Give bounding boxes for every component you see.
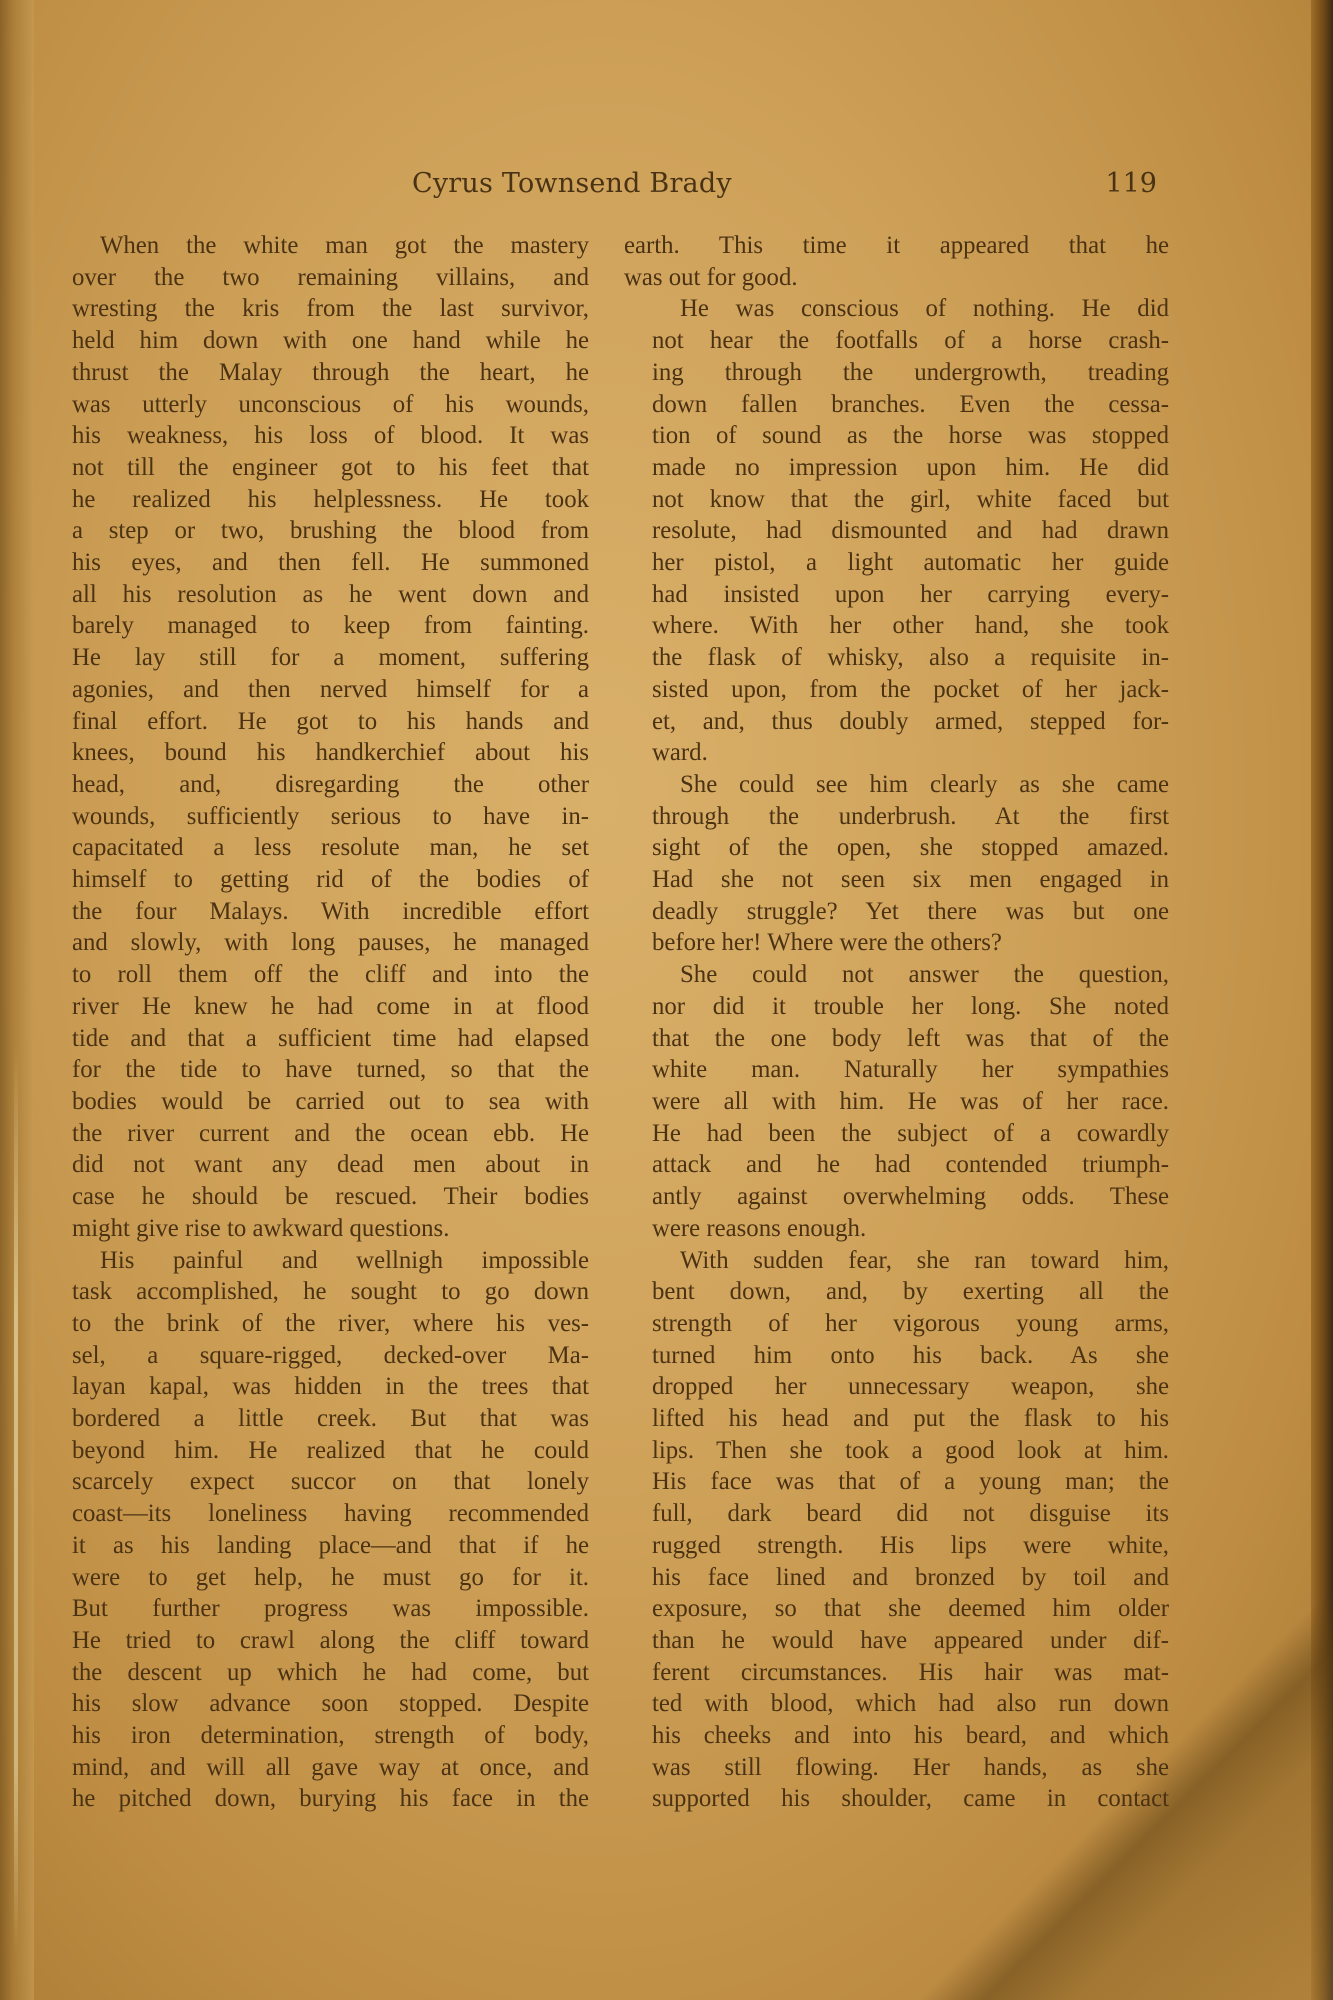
text-line: bordered a little creek. But that was <box>44 1403 589 1435</box>
text-line: white man. Naturally her sympathies <box>624 1054 1169 1086</box>
text-line: With sudden fear, she ran toward him, <box>624 1245 1169 1277</box>
text-line: She could not answer the question, <box>624 959 1169 991</box>
text-line: knees, bound his handkerchief about his <box>44 737 589 769</box>
text-line: dropped her unnecessary weapon, she <box>624 1371 1169 1403</box>
text-line: tion of sound as the horse was stopped <box>624 420 1169 452</box>
text-line: to roll them off the cliff and into the <box>44 959 589 991</box>
text-line: were to get help, he must go for it. <box>44 1562 589 1594</box>
text-line: sisted upon, from the pocket of her jack… <box>624 674 1169 706</box>
text-line: and slowly, with long pauses, he managed <box>44 927 589 959</box>
text-line: that the one body left was that of the <box>624 1023 1169 1055</box>
text-line: through the underbrush. At the first <box>624 801 1169 833</box>
text-line: head, and, disregarding the other <box>44 769 589 801</box>
paragraph: He was conscious of nothing. He didnot h… <box>624 293 1169 769</box>
text-line: a step or two, brushing the blood from <box>44 515 589 547</box>
text-line: over the two remaining villains, and <box>44 262 589 294</box>
running-header: Cyrus Townsend Brady 119 <box>412 168 1157 208</box>
text-line: But further progress was impossible. <box>44 1593 589 1625</box>
text-line: did not want any dead men about in <box>44 1149 589 1181</box>
text-line: tide and that a sufficient time had elap… <box>44 1023 589 1055</box>
text-line: deadly struggle? Yet there was but one <box>624 896 1169 928</box>
text-line: his slow advance soon stopped. Despite <box>44 1688 589 1720</box>
text-line: his face lined and bronzed by toil and <box>624 1562 1169 1594</box>
text-line: He tried to crawl along the cliff toward <box>44 1625 589 1657</box>
paragraph: With sudden fear, she ran toward him,ben… <box>624 1245 1169 1816</box>
paragraph: She could not answer the question,nor di… <box>624 959 1169 1244</box>
text-line: nor did it trouble her long. She noted <box>624 991 1169 1023</box>
text-line: were all with him. He was of her race. <box>624 1086 1169 1118</box>
text-line: bodies would be carried out to sea with <box>44 1086 589 1118</box>
text-line: et, and, thus doubly armed, stepped for- <box>624 706 1169 738</box>
text-line: earth. This time it appeared that he <box>624 230 1169 262</box>
text-line: river He knew he had come in at flood <box>44 991 589 1023</box>
text-line: case he should be rescued. Their bodies <box>44 1181 589 1213</box>
text-line: the descent up which he had come, but <box>44 1657 589 1689</box>
text-line: She could see him clearly as she came <box>624 769 1169 801</box>
text-line: final effort. He got to his hands and <box>44 706 589 738</box>
text-line: he pitched down, burying his face in the <box>44 1783 589 1815</box>
text-line: wounds, sufficiently serious to have in- <box>44 801 589 833</box>
text-line: not hear the footfalls of a horse crash- <box>624 325 1169 357</box>
text-line: wresting the kris from the last survivor… <box>44 293 589 325</box>
text-line: her pistol, a light automatic her guide <box>624 547 1169 579</box>
text-line: the four Malays. With incredible effort <box>44 896 589 928</box>
text-line: ted with blood, which had also run down <box>624 1688 1169 1720</box>
text-line: layan kapal, was hidden in the trees tha… <box>44 1371 589 1403</box>
text-line: not till the engineer got to his feet th… <box>44 452 589 484</box>
text-line: held him down with one hand while he <box>44 325 589 357</box>
text-line: barely managed to keep from fainting. <box>44 610 589 642</box>
text-line: to the brink of the river, where his ves… <box>44 1308 589 1340</box>
text-line: than he would have appeared under dif- <box>624 1625 1169 1657</box>
text-line: down fallen branches. Even the cessa- <box>624 389 1169 421</box>
text-line: made no impression upon him. He did <box>624 452 1169 484</box>
text-line: Had she not seen six men engaged in <box>624 864 1169 896</box>
text-line: sel, a square-rigged, decked-over Ma- <box>44 1340 589 1372</box>
text-line: before her! Where were the others? <box>624 927 1169 959</box>
text-line: might give rise to awkward questions. <box>44 1213 589 1245</box>
paragraph: earth. This time it appeared that hewas … <box>624 230 1169 293</box>
text-line: task accomplished, he sought to go down <box>44 1276 589 1308</box>
text-line: his weakness, his loss of blood. It was <box>44 420 589 452</box>
text-line: strength of her vigorous young arms, <box>624 1308 1169 1340</box>
text-line: scarcely expect succor on that lonely <box>44 1466 589 1498</box>
text-column-left: When the white man got the masteryover t… <box>44 230 589 1815</box>
text-line: full, dark beard did not disguise its <box>624 1498 1169 1530</box>
text-line: mind, and will all gave way at once, and <box>44 1752 589 1784</box>
text-line: was still flowing. Her hands, as she <box>624 1752 1169 1784</box>
text-line: beyond him. He realized that he could <box>44 1435 589 1467</box>
text-line: agonies, and then nerved himself for a <box>44 674 589 706</box>
text-line: not know that the girl, white faced but <box>624 484 1169 516</box>
text-line: lifted his head and put the flask to his <box>624 1403 1169 1435</box>
text-line: capacitated a less resolute man, he set <box>44 832 589 864</box>
text-line: the river current and the ocean ebb. He <box>44 1118 589 1150</box>
text-line: sight of the open, she stopped amazed. <box>624 832 1169 864</box>
text-line: was utterly unconscious of his wounds, <box>44 389 589 421</box>
text-line: was out for good. <box>624 262 1169 294</box>
text-line: resolute, had dismounted and had drawn <box>624 515 1169 547</box>
paragraph: His painful and wellnigh impossibletask … <box>44 1245 589 1816</box>
text-line: He had been the subject of a cowardly <box>624 1118 1169 1150</box>
text-line: His painful and wellnigh impossible <box>44 1245 589 1277</box>
text-line: attack and he had contended triumph- <box>624 1149 1169 1181</box>
text-line: for the tide to have turned, so that the <box>44 1054 589 1086</box>
text-line: supported his shoulder, came in contact <box>624 1783 1169 1815</box>
text-line: bent down, and, by exerting all the <box>624 1276 1169 1308</box>
text-line: antly against overwhelming odds. These <box>624 1181 1169 1213</box>
text-line: where. With her other hand, she took <box>624 610 1169 642</box>
text-line: were reasons enough. <box>624 1213 1169 1245</box>
text-line: lips. Then she took a good look at him. <box>624 1435 1169 1467</box>
text-line: all his resolution as he went down and <box>44 579 589 611</box>
text-line: he realized his helplessness. He took <box>44 484 589 516</box>
text-column-right: earth. This time it appeared that hewas … <box>624 230 1169 1815</box>
text-line: ward. <box>624 737 1169 769</box>
text-line: When the white man got the mastery <box>44 230 589 262</box>
paragraph: When the white man got the masteryover t… <box>44 230 589 1245</box>
text-line: it as his landing place—and that if he <box>44 1530 589 1562</box>
text-line: himself to getting rid of the bodies of <box>44 864 589 896</box>
text-line: had insisted upon her carrying every- <box>624 579 1169 611</box>
text-line: coast—its loneliness having recommended <box>44 1498 589 1530</box>
text-line: His face was that of a young man; the <box>624 1466 1169 1498</box>
text-line: exposure, so that she deemed him older <box>624 1593 1169 1625</box>
text-line: the flask of whisky, also a requisite in… <box>624 642 1169 674</box>
paragraph: She could see him clearly as she camethr… <box>624 769 1169 959</box>
text-line: ferent circumstances. His hair was mat- <box>624 1657 1169 1689</box>
book-page: Cyrus Townsend Brady 119 When the white … <box>0 0 1333 2000</box>
text-line: He was conscious of nothing. He did <box>624 293 1169 325</box>
text-line: ing through the undergrowth, treading <box>624 357 1169 389</box>
text-line: thrust the Malay through the heart, he <box>44 357 589 389</box>
page-crease <box>14 1050 18 1950</box>
text-line: his iron determination, strength of body… <box>44 1720 589 1752</box>
running-title: Cyrus Townsend Brady <box>412 168 732 199</box>
text-line: turned him onto his back. As she <box>624 1340 1169 1372</box>
text-line: He lay still for a moment, suffering <box>44 642 589 674</box>
text-line: his eyes, and then fell. He summoned <box>44 547 589 579</box>
page-number: 119 <box>1105 168 1157 199</box>
text-line: his cheeks and into his beard, and which <box>624 1720 1169 1752</box>
text-line: rugged strength. His lips were white, <box>624 1530 1169 1562</box>
